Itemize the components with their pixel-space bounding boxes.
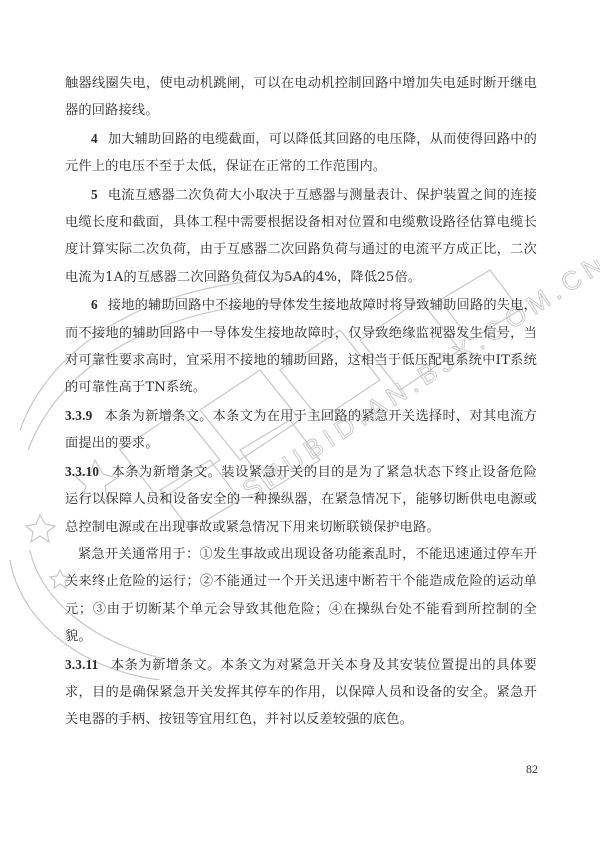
body-text: 触器线圈失电，使电动机跳闸，可以在电动机控制回路中增加失电延时断开继电器的回路接… bbox=[65, 70, 537, 734]
list-item-4: 4加大辅助回路的电缆截面，可以降低其回路的电压降，从而使得回路中的元件上的电压不… bbox=[65, 125, 537, 181]
list-item-6: 6接地的辅助回路中不接地的导体发生接地故障时将导致辅助回路的失电，而不接地的辅助… bbox=[65, 291, 537, 402]
list-item-5: 5电流互感器二次负荷大小取决于互感器与测量表计、保护装置之间的连接电缆长度和截面… bbox=[65, 181, 537, 292]
item-number: 5 bbox=[91, 187, 98, 202]
document-page: SHUBIDIAN.BJX.COM.CN 触器线圈失电，使电动机跳闸，可以在电动… bbox=[0, 0, 600, 848]
paragraph-text: 触器线圈失电，使电动机跳闸，可以在电动机控制回路中增加失电延时断开继电器的回路接… bbox=[65, 76, 537, 118]
paragraph-text: 电流互感器二次负荷大小取决于互感器与测量表计、保护装置之间的连接电缆长度和截面，… bbox=[65, 188, 537, 285]
item-number: 4 bbox=[91, 131, 98, 146]
paragraph-text: 加大辅助回路的电缆截面，可以降低其回路的电压降，从而使得回路中的元件上的电压不至… bbox=[65, 132, 537, 174]
clause-number: 3.3.9 bbox=[65, 408, 92, 423]
item-number: 6 bbox=[91, 297, 98, 312]
paragraph-text: 接地的辅助回路中不接地的导体发生接地故障时将导致辅助回路的失电，而不接地的辅助回… bbox=[65, 298, 537, 395]
clause-3-3-11: 3.3.11本条为新增条文。本条文为对紧急开关本身及其安装位置提出的具体要求，目… bbox=[65, 651, 537, 734]
paragraph-text: 本条为新增条文。本条文为对紧急开关本身及其安装位置提出的具体要求，目的是确保紧急… bbox=[65, 658, 537, 728]
clause-3-3-10: 3.3.10本条为新增条文。装设紧急开关的目的是为了紧急状态下终止设备危险运行以… bbox=[65, 458, 537, 541]
paragraph-text: 本条为新增条文。装设紧急开关的目的是为了紧急状态下终止设备危险运行以保障人员和设… bbox=[65, 465, 537, 535]
paragraph-text: 紧急开关通常用于：①发生事故或出现设备功能紊乱时，不能迅速通过停车开关来终止危险… bbox=[65, 547, 537, 644]
clause-number: 3.3.10 bbox=[65, 464, 99, 479]
paragraph-emergency-switch-usage: 紧急开关通常用于：①发生事故或出现设备功能紊乱时，不能迅速通过停车开关来终止危险… bbox=[65, 541, 537, 651]
clause-3-3-9: 3.3.9本条为新增条文。本条文为在用于主回路的紧急开关选择时，对其电流方面提出… bbox=[65, 402, 537, 458]
paragraph-text: 本条为新增条文。本条文为在用于主回路的紧急开关选择时，对其电流方面提出的要求。 bbox=[65, 409, 537, 451]
paragraph-continuation: 触器线圈失电，使电动机跳闸，可以在电动机控制回路中增加失电延时断开继电器的回路接… bbox=[65, 70, 537, 125]
clause-number: 3.3.11 bbox=[65, 657, 98, 672]
page-number: 82 bbox=[526, 762, 538, 777]
